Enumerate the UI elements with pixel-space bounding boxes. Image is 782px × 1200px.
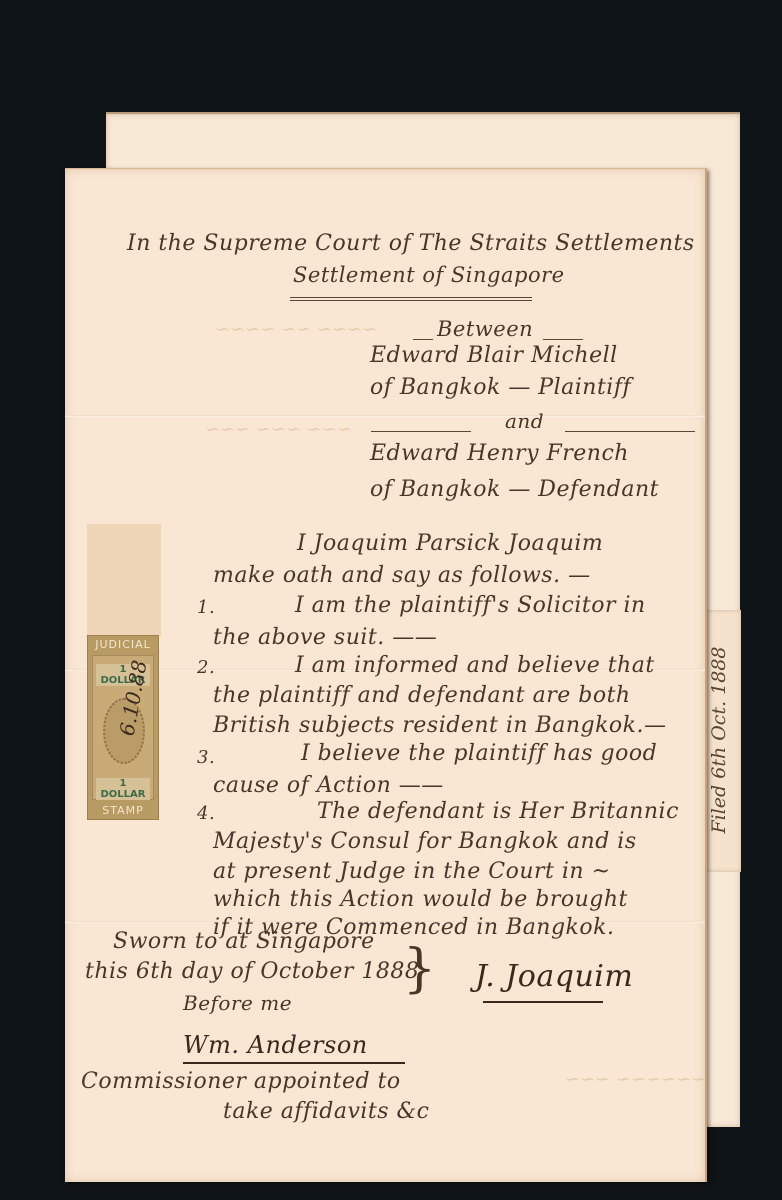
rule [565, 431, 695, 432]
defendant-name: Edward Henry French [370, 441, 629, 466]
paragraph-number: 1. [197, 597, 215, 618]
deponent-intro-line-1: I Joaquim Parsick Joaquim [297, 531, 603, 556]
paragraph-number: 4. [197, 803, 215, 824]
and-label: and [505, 409, 544, 433]
commissioner-signature-underline [183, 1062, 405, 1064]
rule [413, 339, 433, 340]
signature-flourish [483, 1001, 603, 1003]
rule [371, 431, 471, 432]
commissioner-title-line-2: take affidavits &c [223, 1099, 429, 1124]
rule [543, 339, 583, 340]
defendant-line: of Bangkok — Defendant [370, 477, 659, 502]
jurat-line-3: Before me [183, 991, 292, 1015]
heading-underline [290, 297, 532, 298]
paragraph-3-line-2: cause of Action —— [213, 773, 444, 798]
paragraph-2-line-2: the plaintiff and defendant are both [213, 683, 631, 708]
plaintiff-name: Edward Blair Michell [370, 343, 618, 368]
court-heading: In the Supreme Court of The Straits Sett… [127, 231, 695, 256]
jurat-line-1: Sworn to at Singapore [113, 929, 375, 954]
bleed-through-text: ~~~~ ~~ ~~~~ [211, 319, 381, 340]
jurat-line-2: this 6th day of October 1888 [85, 959, 419, 984]
fold-line [65, 415, 705, 417]
settlement-heading: Settlement of Singapore [293, 263, 565, 287]
paragraph-1-line-1: I am the plaintiff's Solicitor in [295, 593, 646, 618]
filed-note: Filed 6th Oct. 1888 [708, 634, 738, 846]
jurat-brace: } [403, 939, 436, 999]
paragraph-1-line-2: the above suit. —— [213, 625, 437, 650]
paragraph-number: 3. [197, 747, 215, 768]
deponent-signature: J. Joaquim [475, 959, 633, 994]
heading-underline [290, 300, 532, 301]
commissioner-signature: Wm. Anderson [183, 1031, 368, 1059]
paragraph-number: 2. [197, 657, 215, 678]
stamp-bottom-label: STAMP [88, 802, 158, 819]
plaintiff-line: of Bangkok — Plaintiff [370, 375, 631, 400]
paragraph-4-line-1: The defendant is Her Britannic [317, 799, 679, 824]
filed-endorsement-strip: Filed 6th Oct. 1888 [704, 610, 741, 872]
stamp-top-label: JUDICIAL [88, 636, 158, 653]
judicial-stamp: JUDICIAL 1 DOLLAR 1 DOLLAR 6.10.88 STAMP [87, 635, 159, 820]
paragraph-4-line-4: which this Action would be brought [213, 887, 628, 912]
paragraph-4-line-2: Majesty's Consul for Bangkok and is [213, 829, 637, 854]
bleed-through-text: ~~~ ~~~ ~~~ [201, 419, 356, 440]
stamp-value-bottom: 1 DOLLAR [96, 778, 150, 800]
stamp-design: 1 DOLLAR 1 DOLLAR 6.10.88 [92, 655, 154, 800]
between-label: Between [437, 317, 533, 341]
paragraph-2-line-3: British subjects resident in Bangkok.— [213, 713, 666, 738]
commissioner-title-line-1: Commissioner appointed to [81, 1069, 401, 1094]
affidavit-page: ~~~~ ~~ ~~~~ ~~~ ~~~ ~~~ ~~~~~~ ~~~ In t… [65, 168, 707, 1182]
bleed-through-text: ~~~~~~ ~~~ [561, 1069, 710, 1090]
paragraph-4-line-3: at present Judge in the Court in ~ [213, 859, 611, 884]
paragraph-2-line-1: I am informed and believe that [295, 653, 655, 678]
deponent-intro-line-2: make oath and say as follows. — [213, 563, 591, 588]
paragraph-3-line-1: I believe the plaintiff has good [301, 741, 657, 766]
stamp-selvage [87, 524, 161, 636]
